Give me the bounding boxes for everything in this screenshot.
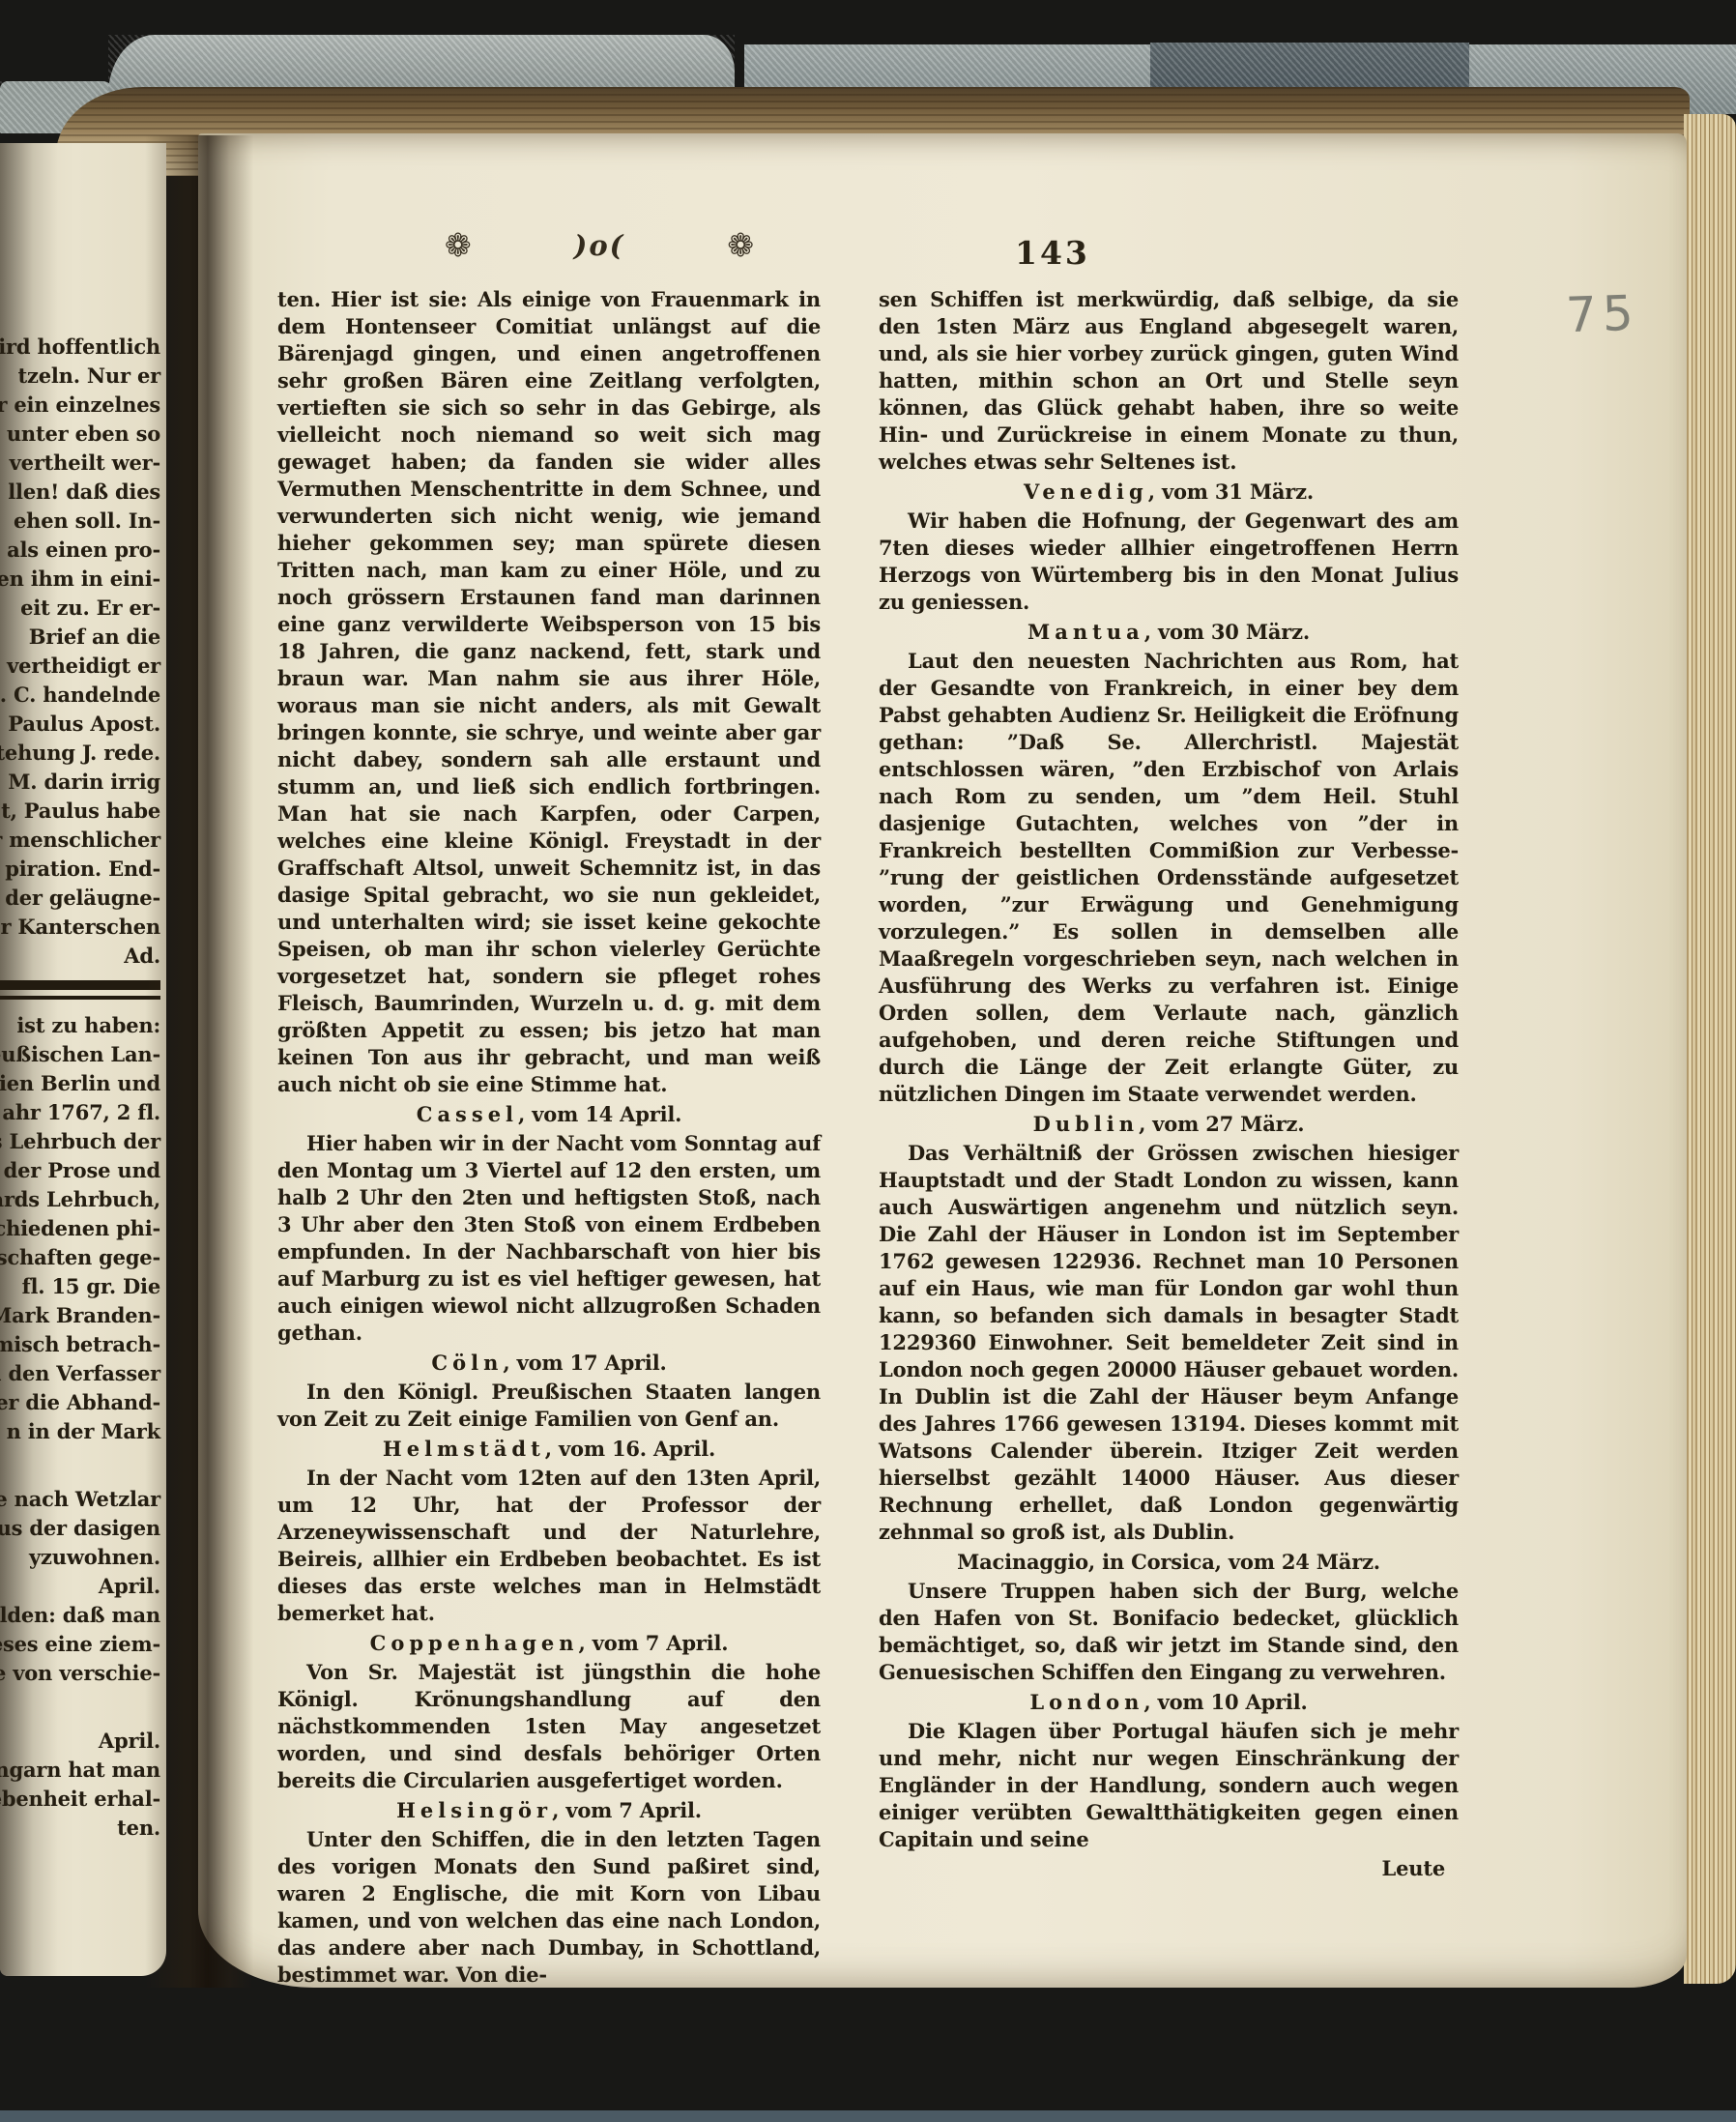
facing-page-text-line: . C. handelnde (0, 681, 160, 710)
facing-page-text-line (0, 980, 160, 1000)
facing-page-text-line: en ihm in eini- (0, 565, 160, 594)
facing-page-edge: ird hoffentlich tzeln. Nur er r ein einz… (0, 143, 166, 1976)
text-block: Hier haben wir in der Nacht vom Sonntag … (277, 1130, 821, 1347)
text-block: Leute (879, 1855, 1459, 1882)
page-header-ornaments: ❁ )o( ❁ (445, 226, 754, 264)
text-block: Wir haben die Hofnung, der Gegenwart des… (879, 508, 1459, 616)
text-column-right: sen Schiffen ist merkwürdig, daß selbige… (879, 286, 1459, 1882)
facing-page-text-line: April. (0, 1572, 160, 1601)
facing-page-text-line: n in der Mark (0, 1417, 160, 1446)
facing-page-text-line: unter eben so (0, 420, 160, 449)
facing-page-text-line: n den Verfasser (0, 1359, 160, 1388)
facing-page-text-line: s Lehrbuch der (0, 1127, 160, 1156)
facing-page-text-line: vertheidigt er (0, 652, 160, 681)
text-block: Macinaggio, in Corsica, vom 24 März. (879, 1549, 1459, 1576)
facing-page-text-line: rschiedenen phi- (0, 1214, 160, 1243)
facing-page-text-line: nomisch betrach- (0, 1330, 160, 1359)
facing-page-text-line: e nach Wetzlar (0, 1485, 160, 1514)
text-block: Cöln, vom 17 April. (277, 1350, 821, 1377)
facing-page-text-line: Paulus Apost. (0, 710, 160, 739)
page-number: 143 (1015, 234, 1090, 272)
text-block: Das Verhältniß der Grössen zwischen hies… (879, 1140, 1459, 1546)
text-block: Von Sr. Majestät ist jüngsthin die hohe … (277, 1659, 821, 1794)
facing-page-text-line: ird hoffentlich (0, 333, 160, 362)
handwritten-margin-note: 75 (1565, 285, 1640, 344)
text-block: Unsere Truppen haben sich der Burg, welc… (879, 1578, 1459, 1686)
facing-page-text-line: ccards Lehrbuch, (0, 1185, 160, 1214)
facing-page-text-line: der Kanterschen (0, 913, 160, 942)
text-block: In der Nacht vom 12ten auf den 13ten Apr… (277, 1465, 821, 1627)
facing-page-text-line: Brief an die (0, 623, 160, 652)
facing-page-text-line: der Prose und (0, 1156, 160, 1185)
text-block: Coppenhagen, vom 7 April. (277, 1630, 821, 1657)
facing-page-text-line: llen! daß dies (0, 478, 160, 507)
scan-bed-strip (0, 2110, 1736, 2122)
facing-page-text-line: zien Berlin und (0, 1069, 160, 1098)
facing-page-text-line: yzuwohnen. (0, 1543, 160, 1572)
facing-page-text-line: tzeln. Nur er (0, 362, 160, 391)
facing-page-text-line: er die Abhand- (0, 1388, 160, 1417)
facing-page-text-line: als einen pro- (0, 536, 160, 565)
facing-page-text-line: gebenheit erhal- (0, 1785, 160, 1814)
facing-page-text-line: r ein einzelnes (0, 391, 160, 420)
facing-page-text-line: ngarn hat man (0, 1756, 160, 1785)
facing-page-text-line: eit zu. Er er- (0, 594, 160, 623)
facing-page-text-line: n der geläugne- (0, 884, 160, 913)
facing-page-text-line: dieses eine ziem- (0, 1630, 160, 1659)
facing-page-text-line: ahr 1767, 2 fl. (0, 1098, 160, 1127)
text-block: Dublin, vom 27 März. (879, 1111, 1459, 1138)
text-block: Mantua, vom 30 März. (879, 619, 1459, 646)
facing-page-text-line: ehen soll. In- (0, 507, 160, 536)
facing-page-text-line: tus der dasigen (0, 1514, 160, 1543)
facing-page-text-line: ie von verschie- (0, 1659, 160, 1688)
section-mark: )o( (574, 229, 625, 262)
facing-page-text-line: lden: daß man (0, 1601, 160, 1630)
printer-ornament-right-icon: ❁ (727, 226, 754, 264)
text-block: ten. Hier ist sie: Als einige von Frauen… (277, 286, 821, 1098)
facing-page-text-fragments: ird hoffentlich tzeln. Nur er r ein einz… (0, 333, 160, 1843)
facing-page-text-line: Ad. (0, 942, 160, 971)
printer-ornament-left-icon: ❁ (445, 226, 472, 264)
facing-page-text-line: tehung J. rede. (0, 739, 160, 768)
facing-page-text-line: ist zu haben: (0, 1011, 160, 1040)
page-block-fore-edge (1684, 114, 1736, 1984)
facing-page-text-line: April. (0, 1727, 160, 1756)
facing-page-text-line: fl. 15 gr. Die (0, 1272, 160, 1301)
facing-page-text-line: ten. (0, 1814, 160, 1843)
text-block: Helmstädt, vom 16. April. (277, 1436, 821, 1463)
text-block: London, vom 10 April. (879, 1689, 1459, 1716)
facing-page-text-line (0, 1688, 160, 1727)
facing-page-text-line: reußischen Lan- (0, 1040, 160, 1069)
text-block: sen Schiffen ist merkwürdig, daß selbige… (879, 286, 1459, 476)
facing-page-text-line: vertheilt wer- (0, 449, 160, 478)
book-photo: ird hoffentlich tzeln. Nur er r ein einz… (0, 0, 1736, 2122)
facing-page-text-line: er menschlicher (0, 826, 160, 855)
text-block: In den Königl. Preußischen Staaten lange… (277, 1379, 821, 1433)
text-block: Laut den neuesten Nachrichten aus Rom, h… (879, 648, 1459, 1108)
facing-page-text-line: t, Paulus habe (0, 797, 160, 826)
text-block: Unter den Schiffen, die in den letzten T… (277, 1826, 821, 1988)
facing-page-text-line: M. darin irrig (0, 768, 160, 797)
text-block: Die Klagen über Portugal häufen sich je … (879, 1718, 1459, 1853)
facing-page-text-line (0, 1446, 160, 1485)
text-block: Cassel, vom 14 April. (277, 1101, 821, 1128)
text-column-left: ten. Hier ist sie: Als einige von Frauen… (277, 286, 821, 1988)
page: ❁ )o( ❁ 143 75 ten. Hier ist sie: Als ei… (198, 133, 1687, 1988)
text-block: Venedig, vom 31 März. (879, 479, 1459, 506)
text-block: Helsingör, vom 7 April. (277, 1797, 821, 1824)
facing-page-text-line: Mark Branden- (0, 1301, 160, 1330)
facing-page-text-line: piration. End- (0, 855, 160, 884)
facing-page-text-line: enschaften gege- (0, 1243, 160, 1272)
